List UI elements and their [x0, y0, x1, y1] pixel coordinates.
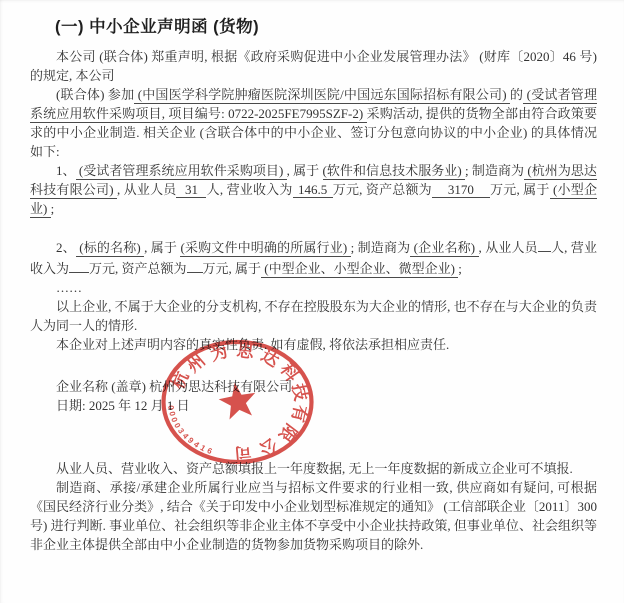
- para-project-info: (联合体) 参加 (中国医学科学院肿瘤医院深圳医院/中国远东国际招标有限公司) …: [30, 85, 597, 161]
- para-ellipsis: ……: [30, 278, 597, 297]
- text-segment: 万元, 属于: [203, 261, 262, 276]
- text-segment: ;: [51, 201, 55, 216]
- para-item-1: 1、 (受试者管理系统应用软件采购项目) , 属于 (软件和信息技术服务业) ;…: [30, 161, 597, 218]
- document-body: 本公司 (联合体) 郑重声明, 根据《政府采购促进中小企业发展管理办法》 (财库…: [30, 47, 597, 554]
- text-segment: , 属于: [287, 163, 323, 178]
- item1-revenue-value: 146.5: [293, 182, 333, 198]
- text-segment: 本公司 (联合体) 郑重声明, 根据《政府采购促进中小企业发展管理办法》 (财库…: [30, 49, 597, 83]
- para-date: 日期: 2025 年 12 月 1 日: [30, 396, 597, 415]
- item1-subject-name: (受试者管理系统应用软件采购项目): [76, 163, 287, 180]
- text-segment: 本企业对上述声明内容的真实性负责. 如有虚假, 将依法承担相应责任.: [56, 337, 449, 352]
- item1-employee-count: 31: [176, 182, 206, 198]
- text-segment: , 从业人员: [479, 240, 538, 255]
- text-segment: 1、: [56, 163, 76, 178]
- text-segment: 的: [510, 87, 523, 102]
- item2-industry-placeholder: (采购文件中明确的所属行业): [180, 240, 350, 257]
- item2-employee-blank: [538, 236, 551, 252]
- text-segment: ……: [56, 280, 82, 295]
- document-content: (一) 中小企业声明函 (货物) 本公司 (联合体) 郑重声明, 根据《政府采购…: [30, 0, 597, 554]
- text-segment: 制造商、承接/承建企业所属行业应当与招标文件要求的行业相一致, 供应商如有疑问,…: [30, 480, 597, 552]
- para-company-name: 企业名称 (盖章) 杭州为思达科技有限公司: [30, 377, 597, 396]
- text-segment: 以上企业, 不属于大企业的分支机构, 不存在控股股东为大企业的情形, 也不存在与…: [30, 299, 597, 333]
- para-note-2: 制造商、承接/承建企业所属行业应当与招标文件要求的行业相一致, 供应商如有疑问,…: [30, 478, 597, 554]
- item2-assets-blank: [187, 257, 203, 273]
- text-segment: 万元, 属于: [490, 182, 550, 197]
- text-segment: 万元, 资产总额为: [333, 182, 432, 197]
- signature-date: 日期: 2025 年 12 月 1 日: [56, 398, 190, 413]
- item1-assets-value: 3170: [432, 182, 490, 198]
- text-segment: 从业人员、营业收入、资产总额填报上一年度数据, 无上一年度数据的新成立企业可不填…: [56, 461, 573, 476]
- text-segment: , 从业人员: [117, 182, 177, 197]
- text-segment: 万元, 资产总额为: [89, 261, 187, 276]
- para-no-large-enterprise: 以上企业, 不属于大企业的分支机构, 不存在控股股东为大企业的情形, 也不存在与…: [30, 297, 597, 335]
- para-declaration-intro: 本公司 (联合体) 郑重声明, 根据《政府采购促进中小企业发展管理办法》 (财库…: [30, 47, 597, 85]
- document-title: (一) 中小企业声明函 (货物): [55, 13, 597, 37]
- text-segment: ; 制造商为: [351, 240, 411, 255]
- item2-manufacturer-placeholder: (企业名称): [410, 240, 478, 257]
- text-segment: (联合体) 参加: [56, 87, 134, 102]
- text-segment: ;: [458, 261, 462, 276]
- item2-subject-name-placeholder: (标的名称): [76, 240, 144, 257]
- text-segment: ; 制造商为: [465, 163, 524, 178]
- para-note-1: 从业人员、营业收入、资产总额填报上一年度数据, 无上一年度数据的新成立企业可不填…: [30, 459, 597, 478]
- text-segment: 人, 营业收入为: [206, 182, 292, 197]
- text-segment: , 属于: [144, 240, 180, 255]
- item2-revenue-blank: [69, 257, 89, 273]
- para-item-2: 2、 (标的名称) , 属于 (采购文件中明确的所属行业) ; 制造商为 (企业…: [30, 236, 597, 278]
- item2-enterprise-type-options: (中型企业、小型企业、微型企业): [261, 261, 458, 278]
- declaration-document-page: (一) 中小企业声明函 (货物) 本公司 (联合体) 郑重声明, 根据《政府采购…: [0, 0, 624, 603]
- purchaser-and-agency-name: (中国医学科学院肿瘤医院深圳医院/中国远东国际招标有限公司): [134, 87, 510, 104]
- para-responsibility: 本企业对上述声明内容的真实性负责. 如有虚假, 将依法承担相应责任.: [30, 335, 597, 354]
- text-segment: 2、: [56, 240, 76, 255]
- signature-company-name: 企业名称 (盖章) 杭州为思达科技有限公司: [56, 379, 292, 394]
- item1-industry: (软件和信息技术服务业): [323, 163, 465, 180]
